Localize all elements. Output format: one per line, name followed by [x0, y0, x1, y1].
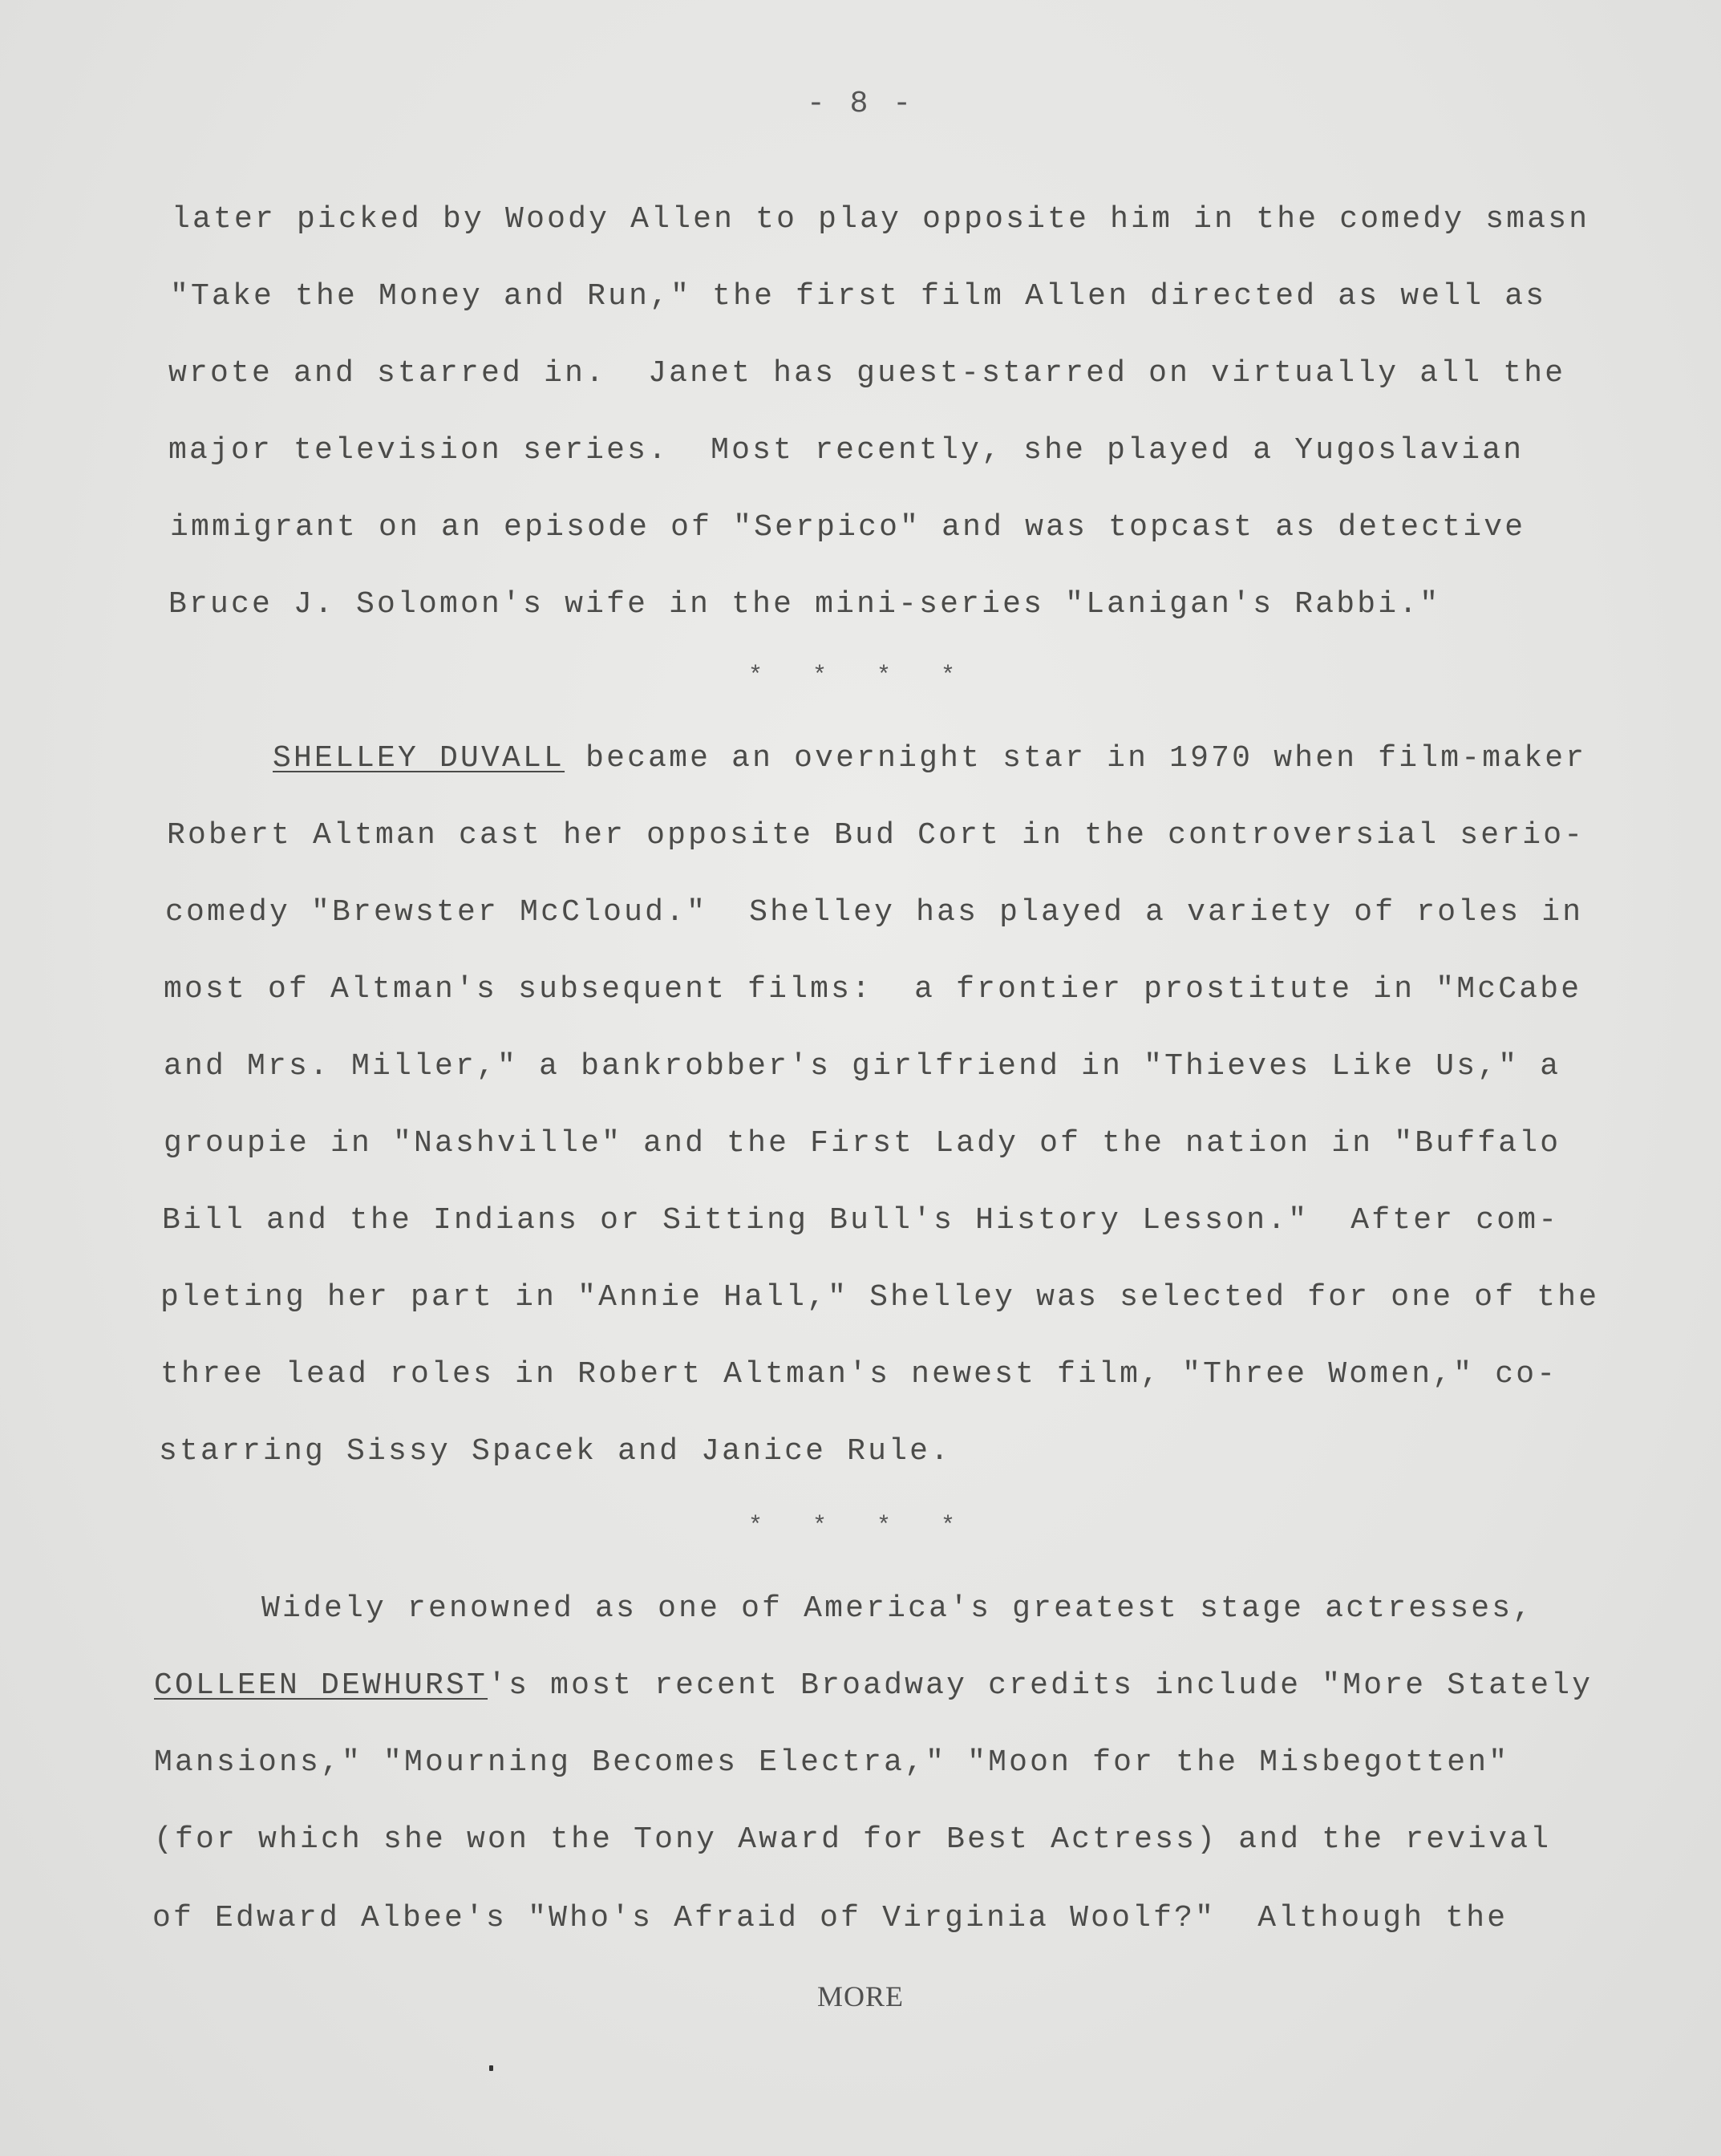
text-line: immigrant on an episode of "Serpico" and… [170, 509, 1525, 547]
continued-marker: MORE [0, 1980, 1721, 2013]
text-line: major television series. Most recently, … [168, 432, 1524, 470]
text-line: and Mrs. Miller," a bankrobber's girlfri… [164, 1048, 1561, 1086]
text-line: starring Sissy Spacek and Janice Rule. [159, 1433, 951, 1471]
text-line: later picked by Woody Allen to play oppo… [172, 201, 1589, 239]
text-line: comedy "Brewster McCloud." Shelley has p… [165, 894, 1583, 932]
text-line: three lead roles in Robert Altman's newe… [160, 1356, 1557, 1394]
text-line: Mansions," "Mourning Becomes Electra," "… [154, 1744, 1509, 1782]
text-line: Robert Altman cast her opposite Bud Cort… [167, 817, 1585, 855]
section-separator: * * * * [0, 663, 1721, 690]
text-line: COLLEEN DEWHURST's most recent Broadway … [154, 1667, 1593, 1705]
text-line: (for which she won the Tony Award for Be… [154, 1821, 1551, 1859]
text-line: of Edward Albee's "Who's Afraid of Virgi… [152, 1899, 1508, 1938]
text-line: pleting her part in "Annie Hall," Shelle… [160, 1279, 1599, 1317]
text-line: "Take the Money and Run," the first film… [170, 278, 1546, 316]
page-number: - 8 - [0, 87, 1721, 121]
text-line: most of Altman's subsequent films: a fro… [164, 971, 1581, 1009]
scan-speck [489, 2065, 493, 2071]
document-page: - 8 - later picked by Woody Allen to pla… [0, 0, 1721, 2156]
section-separator: * * * * [0, 1513, 1721, 1540]
text-fragment: 's most recent Broadway credits include … [488, 1668, 1593, 1703]
text-line: Bill and the Indians or Sitting Bull's H… [162, 1202, 1559, 1240]
text-fragment: became an overnight star in 1970 when fi… [565, 741, 1586, 776]
text-line: SHELLEY DUVALL became an overnight star … [273, 740, 1586, 778]
text-line: Bruce J. Solomon's wife in the mini-seri… [168, 586, 1440, 624]
actor-name-shelley-duvall: SHELLEY DUVALL [273, 741, 565, 776]
text-line: Widely renowned as one of America's grea… [261, 1590, 1533, 1628]
actor-name-colleen-dewhurst: COLLEEN DEWHURST [154, 1668, 488, 1703]
text-line: groupie in "Nashville" and the First Lad… [164, 1125, 1561, 1163]
text-line: wrote and starred in. Janet has guest-st… [168, 355, 1565, 393]
